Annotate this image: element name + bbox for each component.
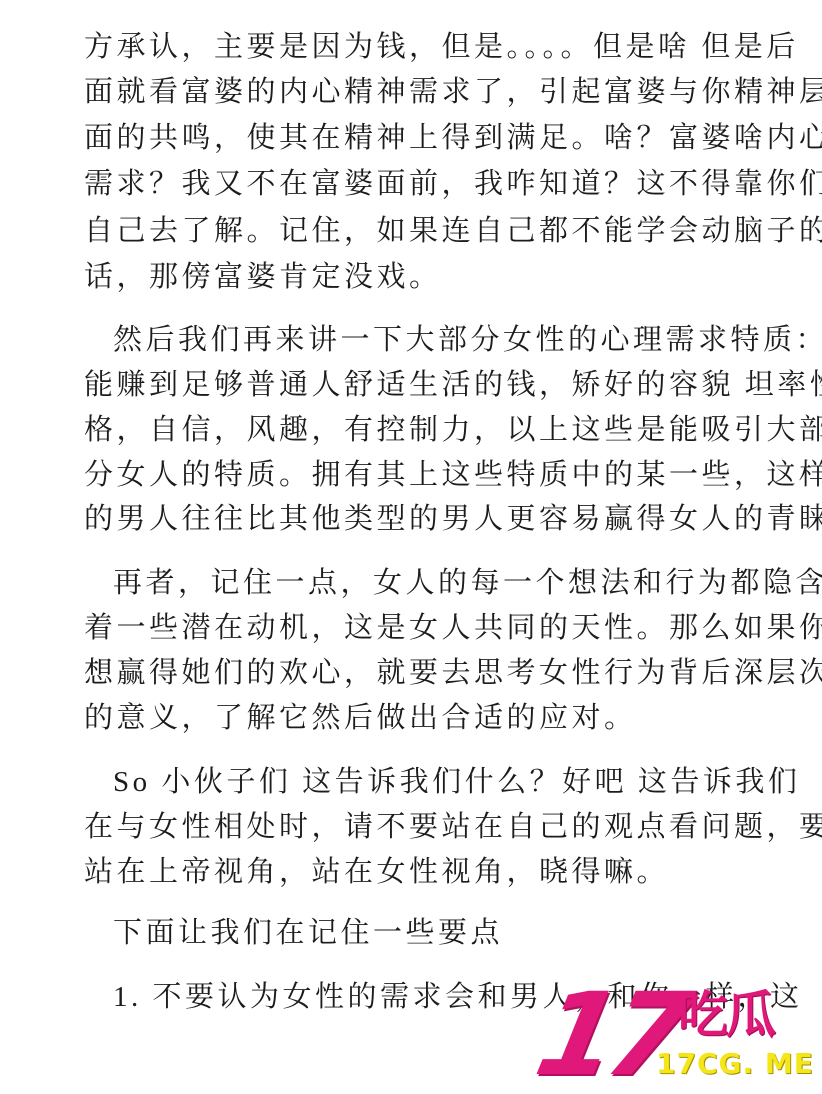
watermark-logo: 17 吃瓜 17CG. ME bbox=[540, 985, 820, 1090]
text-line: 然后我们再来讲一下大部分女性的心理需求特质： bbox=[113, 320, 813, 360]
text-line: 格，自信，风趣，有控制力，以上这些是能吸引大部 bbox=[84, 410, 784, 450]
text-line: 能赚到足够普通人舒适生活的钱，矫好的容貌 坦率性 bbox=[84, 365, 784, 405]
text-line: 站在上帝视角，站在女性视角，晓得嘛。 bbox=[84, 852, 784, 892]
text-line: 方承认，主要是因为钱，但是。。。。但是啥 但是后 bbox=[84, 27, 784, 67]
text-line: 下面让我们在记住一些要点 bbox=[113, 913, 813, 953]
text-line: So 小伙子们 这告诉我们什么？好吧 这告诉我们 bbox=[113, 762, 813, 802]
text-line: 自己去了解。记住，如果连自己都不能学会动脑子的 bbox=[84, 211, 784, 251]
text-line: 需求？我又不在富婆面前，我咋知道？这不得靠你们 bbox=[84, 164, 784, 204]
text-line: 话，那傍富婆肯定没戏。 bbox=[84, 257, 784, 297]
text-line: 着一些潜在动机，这是女人共同的天性。那么如果你 bbox=[84, 608, 784, 648]
watermark-url: 17CG. ME bbox=[656, 1047, 814, 1081]
text-line: 再者，记住一点，女人的每一个想法和行为都隐含 bbox=[113, 563, 813, 603]
text-line: 面就看富婆的内心精神需求了，引起富婆与你精神层 bbox=[84, 72, 784, 112]
watermark-chinese-text: 吃瓜 bbox=[678, 987, 774, 1043]
text-line: 的意义，了解它然后做出合适的应对。 bbox=[84, 698, 784, 738]
text-line: 面的共鸣，使其在精神上得到满足。啥？富婆啥内心 bbox=[84, 118, 784, 158]
text-line: 的男人往往比其他类型的男人更容易赢得女人的青睐。 bbox=[84, 499, 784, 539]
document-page: 方承认，主要是因为钱，但是。。。。但是啥 但是后 面就看富婆的内心精神需求了，引… bbox=[0, 0, 822, 1094]
text-line: 分女人的特质。拥有其上这些特质中的某一些，这样 bbox=[84, 455, 784, 495]
text-line: 在与女性相处时，请不要站在自己的观点看问题，要 bbox=[84, 807, 784, 847]
text-line: 想赢得她们的欢心，就要去思考女性行为背后深层次 bbox=[84, 653, 784, 693]
